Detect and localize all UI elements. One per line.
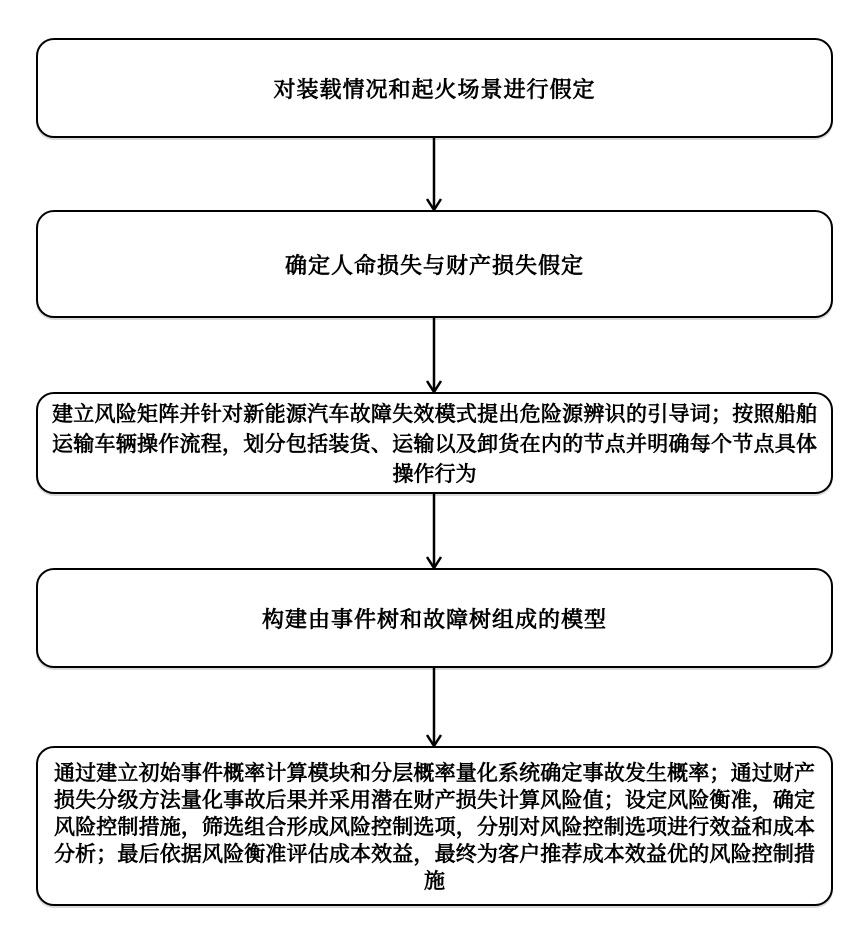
flowchart-canvas: 对装载情况和起火场景进行假定 确定人命损失与财产损失假定 建立风险矩阵并针对新能… xyxy=(0,0,868,935)
flow-step-4-label: 构建由事件树和故障树组成的模型 xyxy=(262,603,607,634)
flow-step-5: 通过建立初始事件概率计算模块和分层概率量化系统确定事故发生概率；通过财产损失分级… xyxy=(36,746,833,906)
flow-step-3: 建立风险矩阵并针对新能源汽车故障失效模式提出危险源辨识的引导词；按照船舶运输车辆… xyxy=(36,392,833,494)
flow-step-2: 确定人命损失与财产损失假定 xyxy=(36,210,833,318)
connector-arrow-4 xyxy=(424,668,444,748)
flow-step-4: 构建由事件树和故障树组成的模型 xyxy=(36,568,833,668)
flow-step-5-label: 通过建立初始事件概率计算模块和分层概率量化系统确定事故发生概率；通过财产损失分级… xyxy=(54,761,815,893)
flow-step-1-label: 对装载情况和起火场景进行假定 xyxy=(273,73,595,104)
connector-arrow-2 xyxy=(424,318,444,394)
flow-step-1: 对装载情况和起火场景进行假定 xyxy=(36,38,833,138)
flow-step-3-label: 建立风险矩阵并针对新能源汽车故障失效模式提出危险源辨识的引导词；按照船舶运输车辆… xyxy=(52,402,817,486)
connector-arrow-3 xyxy=(424,494,444,570)
connector-arrow-1 xyxy=(424,138,444,212)
flow-step-2-label: 确定人命损失与财产损失假定 xyxy=(285,249,584,280)
